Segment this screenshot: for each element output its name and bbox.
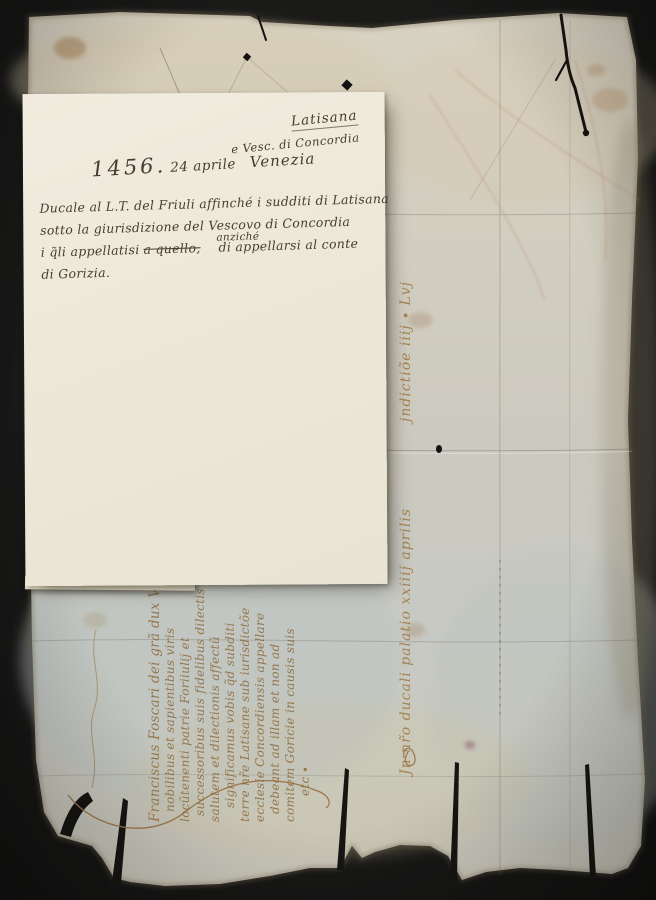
dating-segment-upper: jndictiõe iiij ∙ Lvj bbox=[398, 281, 414, 422]
script-line: locũtenenti patrie Foriiulij et bbox=[178, 585, 193, 822]
script-line: terre nr̃e Latisane sub iurisdictõe bbox=[238, 585, 253, 822]
note-line3-pre: i q̃li appellatisi bbox=[41, 242, 140, 260]
parchment-script-block: Franciscus Foscari dei grã dux Venetiarũ… bbox=[148, 585, 315, 822]
note-line3-interline: anziché bbox=[216, 226, 259, 249]
script-line: Franciscus Foscari dei grã dux Venetiarũ… bbox=[148, 585, 163, 822]
script-line: significamus vobis q̃d subditi bbox=[223, 585, 238, 822]
note-place-label: Latisana bbox=[291, 108, 359, 132]
note-city: Venezia bbox=[249, 149, 315, 171]
script-line: salutem et dilectionis affectũ bbox=[208, 585, 223, 822]
note-year: 1456. bbox=[90, 153, 166, 181]
script-line: debeant ad illam et non ad bbox=[268, 585, 283, 822]
dating-clause: Jn nr̃o ducali palatio xxiiij aprilisjnd… bbox=[398, 295, 455, 775]
script-line: etc ∙ bbox=[298, 585, 313, 822]
manuscript-photograph: Franciscus Foscari dei grã dux Venetiarũ… bbox=[0, 0, 656, 900]
script-line: successoribus suis fidelibus dilectis bbox=[193, 585, 208, 822]
note-summary: Ducale al L.T. del Friuli affinché i sud… bbox=[39, 188, 377, 286]
note-dateline: 1456.24 aprileVenezia bbox=[90, 144, 315, 181]
script-line: nobilibus et sapientibus viris bbox=[163, 585, 178, 822]
archivist-note: Latisana e Vesc. di Concordia 1456.24 ap… bbox=[23, 92, 388, 586]
note-line3-struck: a quello, bbox=[143, 240, 200, 257]
dating-segment-lower: Jn nr̃o ducali palatio xxiiij aprilis bbox=[398, 508, 414, 775]
script-line: comitem Goricie in causis suis bbox=[283, 585, 298, 822]
script-line: ecclesie Concordiensis appellare bbox=[253, 585, 268, 822]
note-day: 24 aprile bbox=[170, 156, 237, 176]
